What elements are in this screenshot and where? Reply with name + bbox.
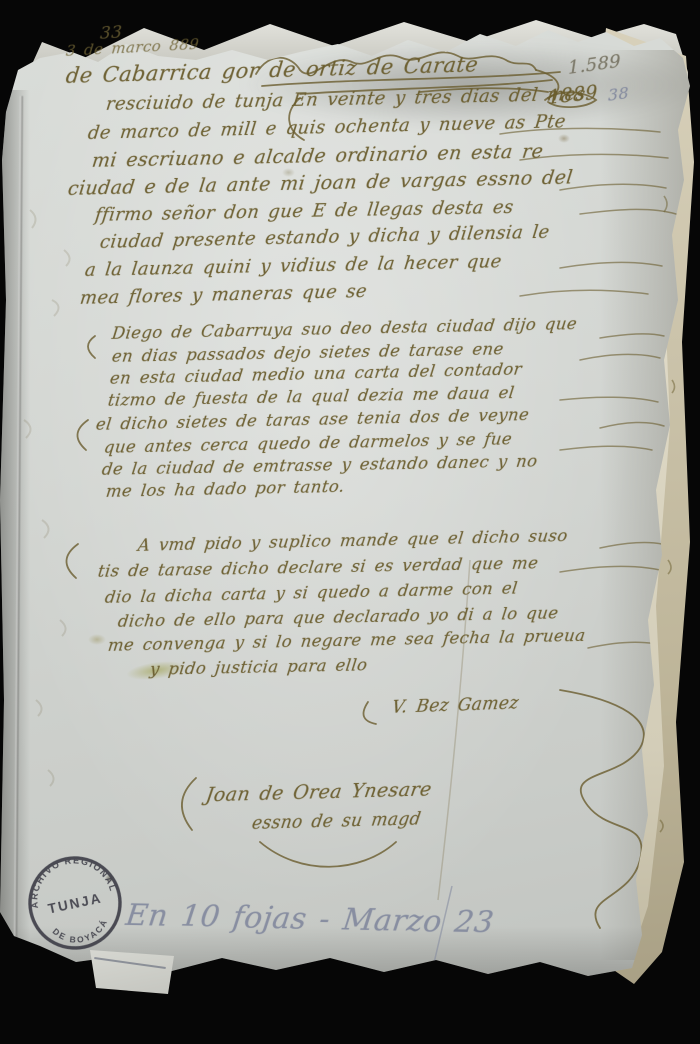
- petition-line: tis de tarase dicho declare si es verdad…: [97, 554, 540, 582]
- petition-line: y pido justicia para ello: [149, 655, 369, 679]
- heading-line: ffirmo señor don gue E de llegas desta e…: [94, 197, 515, 226]
- signature-scribe-name: Joan de Orea Ynesare: [204, 778, 433, 806]
- heading-line: mi escriuano e alcalde ordinario en esta…: [91, 141, 545, 173]
- signature-scribe-title: essno de su magd: [250, 810, 422, 835]
- stamp-arc-top-text: ARCHIVO REGIONAL: [21, 847, 119, 910]
- heading-line: de marco de mill e quis ochenta y nueve …: [87, 111, 567, 144]
- svg-text:ARCHIVO REGIONAL: ARCHIVO REGIONAL: [21, 847, 119, 910]
- stamp-center-text: TUNJA: [47, 890, 104, 916]
- body-line: me los ha dado por tanto.: [105, 477, 346, 501]
- heading-line: a la launza quini y vidius de la hecer q…: [84, 251, 503, 281]
- heading-line: ciudad e de la ante mi joan de vargas es…: [67, 167, 574, 201]
- paper-stain: [558, 134, 570, 143]
- signature-primary: V. Bez Gamez: [391, 694, 520, 719]
- petition-line: me convenga y si lo negare me sea fecha …: [107, 626, 587, 655]
- body-line: de la ciudad de emtrasse y estando danec…: [101, 452, 539, 479]
- manuscript-page: de Cabarrica gor de ortiz de Carate resc…: [0, 0, 700, 1044]
- petition-line: dio la dicha carta y si quedo a darme co…: [104, 579, 519, 607]
- petition-line: A vmd pido y suplico mande que el dicho …: [137, 526, 569, 555]
- heading-line: mea flores y maneras que se: [79, 281, 368, 309]
- petition-line: dicho de ello para que declarado yo di a…: [117, 604, 560, 632]
- folio-number-annotation: 38: [608, 83, 630, 105]
- heading-line: ciudad presente estando y dicha y dilens…: [99, 222, 551, 253]
- pencil-stroke: [94, 957, 166, 969]
- paper-stain: [88, 634, 106, 645]
- paper-stain: [105, 874, 114, 883]
- body-line: Diego de Cabarruya suo deo desta ciudad …: [111, 314, 578, 343]
- archival-photo: de Cabarrica gor de ortiz de Carate resc…: [0, 0, 700, 1044]
